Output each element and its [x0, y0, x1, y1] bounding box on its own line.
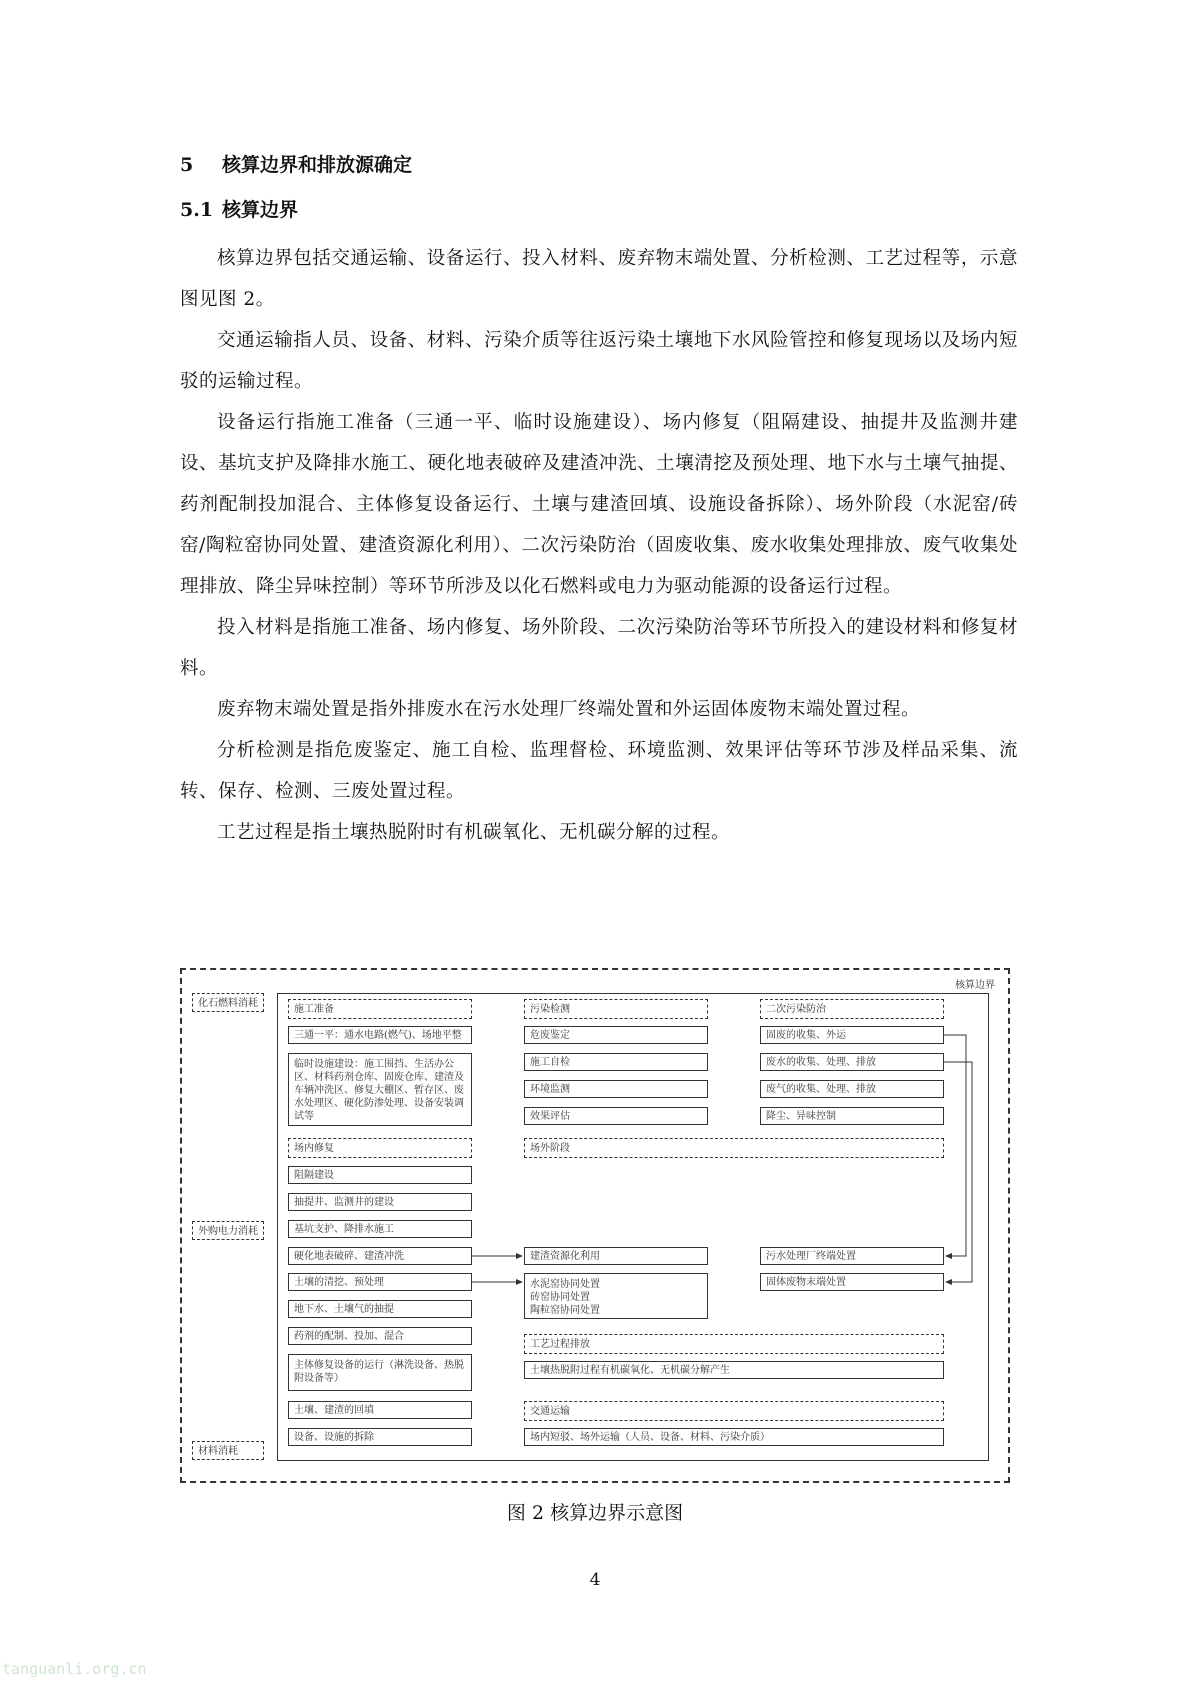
diagram-item: 建渣资源化利用: [524, 1247, 708, 1265]
figure-caption: 图 2 核算边界示意图: [0, 1498, 1190, 1525]
diagram-item: 降尘、异味控制: [760, 1107, 944, 1125]
diagram-item: 土壤热脱附过程有机碳氧化、无机碳分解产生: [524, 1361, 944, 1379]
diagram-item: 基坑支护、降排水施工: [288, 1220, 472, 1238]
section-number: 5: [180, 154, 222, 176]
paragraph: 核算边界包括交通运输、设备运行、投入材料、废弃物末端处置、分析检测、工艺过程等，…: [180, 238, 1018, 320]
diagram-item: 设备、设施的拆除: [288, 1428, 472, 1446]
paragraph: 投入材料是指施工准备、场内修复、场外阶段、二次污染防治等环节所投入的建设材料和修…: [180, 607, 1018, 689]
diagram-item: 场内短驳、场外运输（人员、设备、材料、污染介质）: [524, 1428, 944, 1446]
body-text: 核算边界包括交通运输、设备运行、投入材料、废弃物末端处置、分析检测、工艺过程等，…: [180, 238, 1018, 853]
transport-title: 交通运输: [524, 1401, 944, 1421]
section-heading: 5核算边界和排放源确定: [180, 150, 412, 177]
diagram-item: 主体修复设备的运行（淋洗设备、热脱附设备等）: [288, 1354, 472, 1391]
diagram-item: 危废鉴定: [524, 1026, 708, 1044]
diagram-item: 施工自检: [524, 1053, 708, 1071]
subsection-heading: 5.1核算边界: [180, 195, 298, 222]
section-title: 核算边界和排放源确定: [222, 154, 412, 176]
process-emission-title: 工艺过程排放: [524, 1334, 944, 1354]
secondary-pollution-title: 二次污染防治: [760, 999, 944, 1019]
watermark: tanguanli.org.cn: [2, 1660, 147, 1678]
diagram-item: 污水处理厂终端处置: [760, 1247, 944, 1265]
materials-label: 材料消耗: [192, 1441, 264, 1460]
diagram-item: 废水的收集、处理、排放: [760, 1053, 944, 1071]
subsection-title: 核算边界: [222, 199, 298, 221]
page-number: 4: [0, 1570, 1190, 1590]
diagram-item: 环境监测: [524, 1080, 708, 1098]
paragraph: 交通运输指人员、设备、材料、污染介质等往返污染土壤地下水风险管控和修复现场以及场…: [180, 320, 1018, 402]
diagram-item: 地下水、土壤气的抽提: [288, 1300, 472, 1318]
construction-prep-title: 施工准备: [288, 999, 472, 1019]
paragraph: 工艺过程是指土壤热脱附时有机碳氧化、无机碳分解的过程。: [180, 812, 1018, 853]
diagram-item: 临时设施建设：施工围挡、生活办公区、材料药剂仓库、固废仓库、建渣及车辆冲洗区、修…: [288, 1053, 472, 1126]
diagram-item: 固体废物末端处置: [760, 1273, 944, 1291]
diagram-item: 抽提井、监测井的建设: [288, 1193, 472, 1211]
diagram-item: 三通一平：通水电路(燃气)、场地平整: [288, 1026, 472, 1044]
paragraph: 设备运行指施工准备（三通一平、临时设施建设）、场内修复（阻隔建设、抽提井及监测井…: [180, 402, 1018, 607]
electricity-label: 外购电力消耗: [192, 1221, 264, 1240]
diagram-item: 药剂的配制、投加、混合: [288, 1327, 472, 1345]
offsite-stage-title: 场外阶段: [524, 1138, 944, 1158]
subsection-number: 5.1: [180, 199, 222, 221]
diagram-item: 土壤的清挖、预处理: [288, 1273, 472, 1291]
diagram-item: 效果评估: [524, 1107, 708, 1125]
diagram-item: 硬化地表破碎、建渣冲洗: [288, 1247, 472, 1265]
pollution-testing-title: 污染检测: [524, 999, 708, 1019]
onsite-remediation-title: 场内修复: [288, 1138, 472, 1158]
boundary-label: 核算边界: [955, 976, 995, 991]
diagram-item: 土壤、建渣的回填: [288, 1401, 472, 1419]
paragraph: 废弃物末端处置是指外排废水在污水处理厂终端处置和外运固体废物末端处置过程。: [180, 689, 1018, 730]
fossil-fuel-label: 化石燃料消耗: [192, 993, 264, 1012]
paragraph: 分析检测是指危废鉴定、施工自检、监理督检、环境监测、效果评估等环节涉及样品采集、…: [180, 730, 1018, 812]
diagram-item: 水泥窑协同处置 砖窑协同处置 陶粒窑协同处置: [524, 1273, 708, 1319]
diagram-item: 固废的收集、外运: [760, 1026, 944, 1044]
diagram-item: 阻隔建设: [288, 1166, 472, 1184]
diagram-item: 废气的收集、处理、排放: [760, 1080, 944, 1098]
